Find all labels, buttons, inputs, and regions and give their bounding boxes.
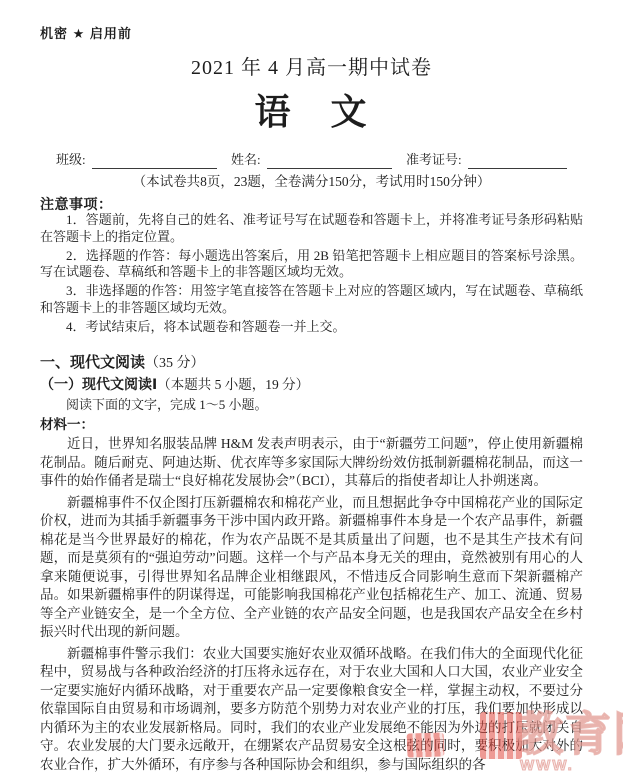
exam-id-field-blank-line [468,154,567,169]
paper-title: 2021 年 4 月高一期中试卷 [40,57,583,79]
student-fields-row: 班级: 姓名: 准考证号: [56,151,567,169]
class-field-blank-line [92,154,217,169]
material-paragraph: 新疆棉事件警示我们：农业大国要实施好农业双循环战略。在我们伟大的全面现代化征程中… [40,645,583,775]
name-field: 姓名: [231,151,392,169]
exam-paper-page: 机密 ★ 启用前 2021 年 4 月高一期中试卷 语 文 班级: 姓名: 准考… [0,0,623,777]
class-field: 班级: [56,151,217,169]
notice-item: 4．考试结束后，将本试题卷和答题卷一并上交。 [40,319,583,336]
exam-id-field: 准考证号: [406,151,567,169]
class-field-label: 班级: [56,151,86,169]
notice-heading: 注意事项： [40,196,583,212]
notice-item: 1．答题前，先将自己的姓名、准考证号写在试题卷和答题卡上，并将准考证号条形码粘贴… [40,212,583,245]
subsection-score: （本题共 5 小题，19 分） [157,377,309,392]
material-paragraph: 近日，世界知名服装品牌 H&M 发表声明表示，由于“新疆劳工问题”，停止使用新疆… [40,435,583,491]
notice-item: 3．非选择题的作答：用签字笔直接答在答题卡上对应的答题区域内，写在试题卷、草稿纸… [40,283,583,316]
name-field-label: 姓名: [231,151,261,169]
subject-title: 语 文 [40,92,583,132]
subsection-heading-text: （一）现代文阅读Ⅰ [40,376,157,392]
material-paragraph: 新疆棉事件不仅企图打压新疆棉农和棉花产业，而且想据此争夺中国棉花产业的国际定价权… [40,494,583,642]
subsection-heading: （一）现代文阅读Ⅰ（本题共 5 小题，19 分） [40,376,583,393]
section-heading: 一、现代文阅读（35 分） [40,354,583,373]
material-label: 材料一： [40,416,583,433]
exam-id-field-label: 准考证号: [406,151,462,169]
classification-stamp: 机密 ★ 启用前 [40,26,583,41]
reading-instruction: 阅读下面的文字，完成 1～5 小题。 [40,396,583,413]
paper-info: （本试卷共8页，23题，全卷满分150分，考试用时150分钟） [40,174,583,190]
section-score: （35 分） [145,356,205,371]
section-heading-text: 一、现代文阅读 [40,354,145,371]
notice-item: 2．选择题的作答：每小题选出答案后，用 2B 铅笔把答题卡上相应题目的答案标号涂… [40,248,583,281]
name-field-blank-line [267,154,392,169]
